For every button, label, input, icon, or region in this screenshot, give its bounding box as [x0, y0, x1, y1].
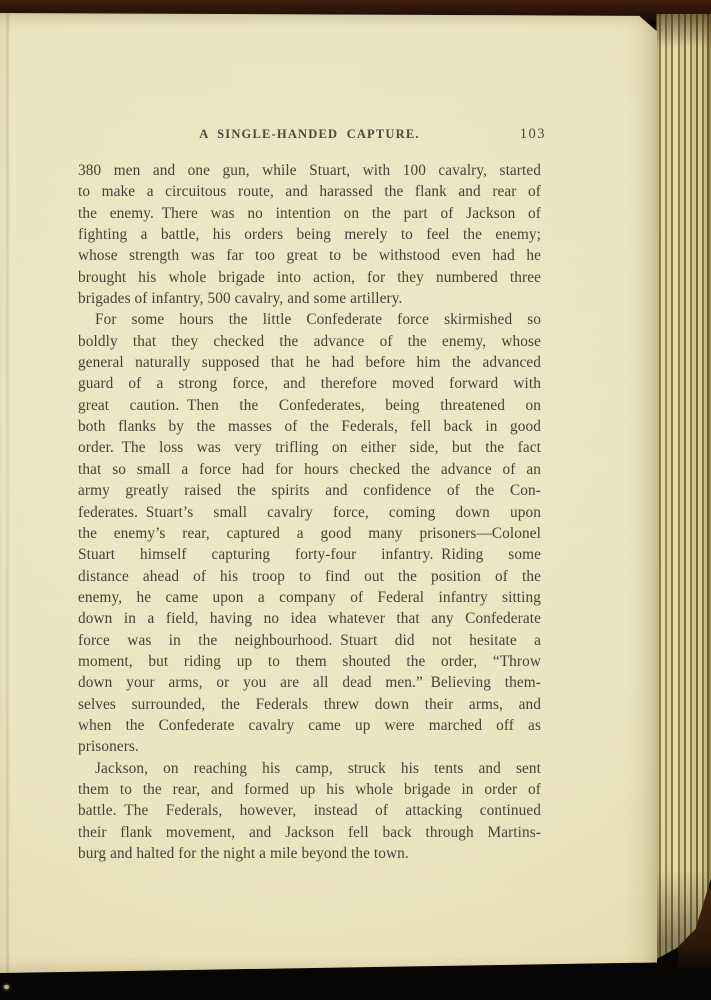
text-line: For some hours the little Confederate fo… [78, 309, 541, 330]
text-line: them to the rear, and formed up his whol… [78, 779, 541, 800]
text-line: order. The loss was very trifling on eit… [78, 437, 541, 458]
paragraph: Jackson, on reaching his camp, struck hi… [78, 758, 541, 865]
paragraph: 380 men and one gun, while Stuart, with … [78, 160, 541, 309]
text-line: selves surrounded, the Federals threw do… [78, 694, 541, 715]
paragraph: For some hours the little Confederate fo… [78, 309, 541, 757]
text-line: Stuart himself capturing forty-four infa… [78, 544, 541, 565]
text-line: the enemy’s rear, captured a good many p… [78, 523, 541, 544]
text-line: brigades of infantry, 500 cavalry, and s… [78, 288, 541, 309]
text-line: that so small a force had for hours chec… [78, 459, 541, 480]
dust-speck [4, 985, 9, 989]
text-line: down in a field, having no idea whatever… [78, 608, 541, 629]
text-line: distance ahead of his troop to find out … [78, 566, 541, 587]
text-line: prisoners. [78, 736, 541, 757]
text-line: 380 men and one gun, while Stuart, with … [78, 160, 541, 181]
text-line: federates. Stuart’s small cavalry force,… [78, 502, 541, 523]
text-line: battle. The Federals, however, instead o… [78, 800, 541, 821]
text-line: down your arms, or you are all dead men.… [78, 672, 541, 693]
text-line: guard of a strong force, and therefore m… [78, 373, 541, 394]
text-block: A SINGLE-HANDED CAPTURE. 103 380 men and… [78, 127, 541, 864]
text-line: the enemy. There was no intention on the… [78, 203, 541, 224]
page-edges-fore-edge [656, 14, 711, 964]
text-line: whose strength was far too great to be w… [78, 245, 541, 266]
book-page: A SINGLE-HANDED CAPTURE. 103 380 men and… [0, 13, 657, 974]
text-line: enemy, he came upon a company of Federal… [78, 587, 541, 608]
page-number: 103 [520, 126, 546, 143]
text-line: when the Confederate cavalry came up wer… [78, 715, 541, 736]
text-line: Jackson, on reaching his camp, struck hi… [78, 758, 541, 779]
text-line: great caution. Then the Confederates, be… [78, 395, 541, 416]
text-line: moment, but riding up to them shouted th… [78, 651, 541, 672]
body-text: 380 men and one gun, while Stuart, with … [78, 160, 541, 864]
text-line: boldly that they checked the advance of … [78, 331, 541, 352]
running-header: A SINGLE-HANDED CAPTURE. [78, 127, 541, 142]
text-line: fighting a battle, his orders being mere… [78, 224, 541, 245]
text-line: army greatly raised the spirits and conf… [78, 480, 541, 501]
text-line: their flank movement, and Jackson fell b… [78, 822, 541, 843]
text-line: burg and halted for the night a mile bey… [78, 843, 541, 864]
text-line: brought his whole brigade into action, f… [78, 267, 541, 288]
page-header-row: A SINGLE-HANDED CAPTURE. 103 [78, 127, 541, 143]
gutter-shadow [6, 13, 9, 974]
text-line: both flanks by the masses of the Federal… [78, 416, 541, 437]
book-scan: A SINGLE-HANDED CAPTURE. 103 380 men and… [0, 0, 711, 1000]
text-line: force was in the neighbourhood. Stuart d… [78, 630, 541, 651]
text-line: general naturally supposed that he had b… [78, 352, 541, 373]
text-line: to make a circuitous route, and harassed… [78, 181, 541, 202]
